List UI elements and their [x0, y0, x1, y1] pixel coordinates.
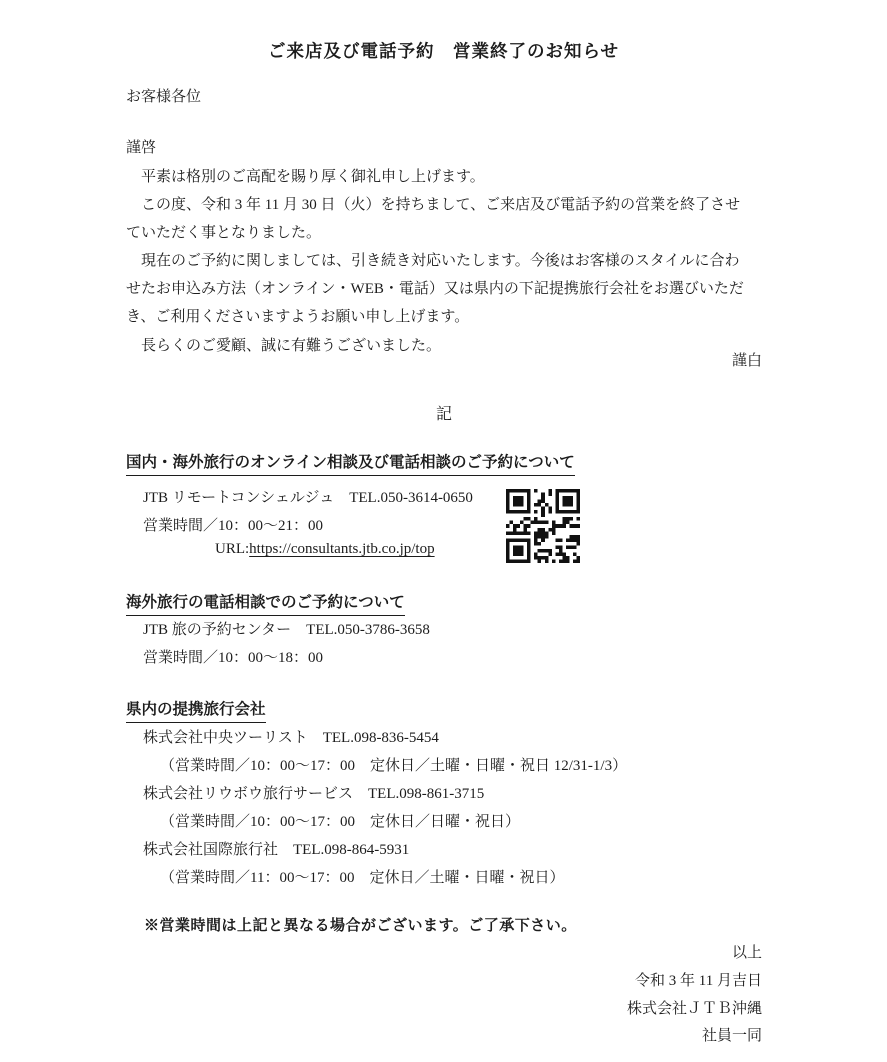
qr-code-icon: [506, 489, 580, 563]
agency-hours: （営業時間／10：00～17：00 定休日／日曜・祝日）: [126, 810, 796, 831]
salutation: お客様各位: [126, 85, 762, 106]
body-line: 平素は格別のご高配を賜り厚く御礼申し上げます。: [126, 163, 762, 191]
opening-greeting: 謹啓: [126, 136, 762, 157]
closing-greeting: 謹白: [126, 349, 762, 370]
body-line: この度、令和 3 年 11 月 30 日（火）を持ちまして、ご来店及び電話予約の…: [126, 191, 762, 219]
footer-closing-word: 以上: [126, 941, 762, 962]
body-paragraphs: 平素は格別のご高配を賜り厚く御礼申し上げます。 この度、令和 3 年 11 月 …: [126, 163, 762, 360]
remote-concierge-tel-line: JTB リモートコンシェルジュ TEL.050-3614-0650: [126, 486, 779, 507]
reservation-center-tel-line: JTB 旅の予約センター TEL.050-3786-3658: [126, 618, 779, 639]
footer-company: 株式会社ＪＴＢ沖縄: [126, 997, 762, 1018]
footer-date: 令和 3 年 11 月吉日: [126, 969, 777, 990]
record-marker: 記: [126, 401, 762, 424]
notice-document-page: ご来店及び電話予約 営業終了のお知らせ お客様各位 謹啓 平素は格別のご高配を賜…: [0, 0, 887, 1062]
body-line: き、ご利用くださいますようお願い申し上げます。: [126, 303, 762, 331]
remote-concierge-hours-line: 営業時間／10：00～21：00: [126, 514, 779, 535]
business-hours-note: ※営業時間は上記と異なる場合がございます。ご了承下さい。: [126, 914, 780, 935]
agency-hours: （営業時間／10：00～17：00 定休日／土曜・日曜・祝日 12/31-1/3…: [126, 754, 796, 775]
reservation-center-hours-line: 営業時間／10：00～18：00: [126, 646, 779, 667]
agency-hours: （営業時間／11：00～17：00 定休日／土曜・日曜・祝日）: [126, 866, 796, 887]
body-line: 現在のご予約に関しましては、引き続き対応いたします。今後はお客様のスタイルに合わ: [126, 247, 762, 275]
url-label: URL:: [215, 541, 249, 557]
agency-name-tel: 株式会社国際旅行社 TEL.098-864-5931: [126, 838, 779, 859]
body-line: ていただく事となりました。: [126, 219, 762, 247]
body-line: せたお申込み方法（オンライン・WEB・電話）又は県内の下記提携旅行会社をお選びい…: [126, 275, 762, 303]
url-line: URL:https://consultants.jtb.co.jp/top: [126, 541, 851, 558]
agency-name-tel: 株式会社中央ツーリスト TEL.098-836-5454: [126, 726, 779, 747]
section-heading-online-consultation: 国内・海外旅行のオンライン相談及び電話相談のご予約について: [126, 450, 762, 476]
section-heading-overseas-phone: 海外旅行の電話相談でのご予約について: [126, 590, 762, 616]
agency-name-tel: 株式会社リウボウ旅行サービス TEL.098-861-3715: [126, 782, 779, 803]
section-heading-partner-agencies: 県内の提携旅行会社: [126, 697, 762, 723]
consultants-url-link[interactable]: https://consultants.jtb.co.jp/top: [249, 541, 434, 557]
page-title: ご来店及び電話予約 営業終了のお知らせ: [0, 38, 887, 63]
footer-signature: 社員一同: [126, 1024, 762, 1045]
